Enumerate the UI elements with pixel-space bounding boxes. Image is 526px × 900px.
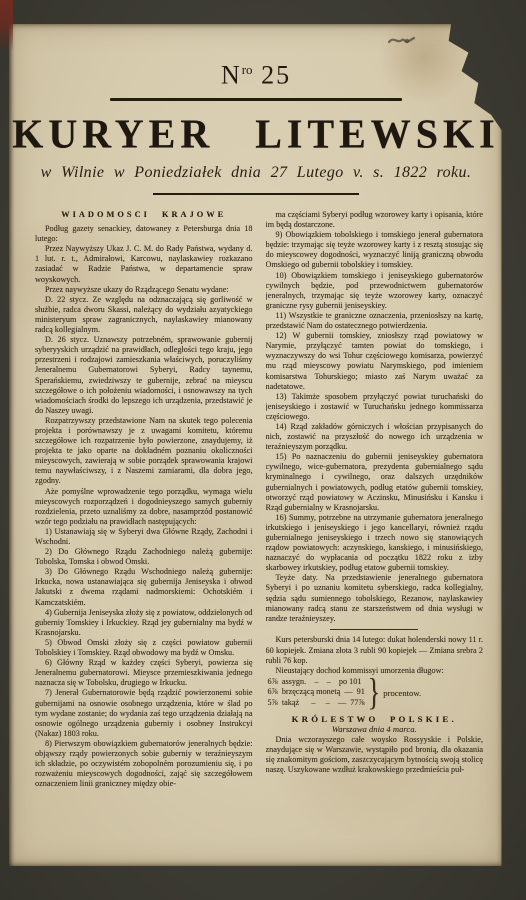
left-column-paragraphs: Podług gazety senackiey, datowaney z Pet… (35, 224, 253, 789)
red-stain (0, 0, 13, 52)
paragraph: Przez Naywyższy Ukaz J. C. M. do Rady Pa… (35, 244, 253, 284)
section-divider (330, 629, 418, 631)
article-columns: WIADOMOSCI KRAJOWE Podług gazety senacki… (35, 210, 483, 860)
brace-glyph: } (368, 674, 380, 712)
rate-unit-label: procentow. (383, 688, 421, 698)
paragraph: 8) Pierwszym obowiązkiem gubernatorów je… (35, 739, 253, 789)
warsaw-dateline: Warszawa dnia 4 marca. (266, 724, 484, 734)
masthead-divider-bottom (153, 193, 359, 195)
rates-table: 6⅞ assygn. – – po 1016⅞ brzęczącą monetą… (268, 677, 484, 709)
paragraph: 2) Do Głównego Rządu Zachodniego należą … (35, 547, 253, 567)
paragraph: 4) Gubernija Jeniseyska złoży się z powi… (35, 608, 253, 638)
paragraph: 7) Jenerał Gubernatorowie będą rządzić p… (35, 688, 253, 738)
newspaper-title: KURYER LITEWSKI (9, 110, 503, 158)
paragraph: 16) Summy, potrzebne na utrzymanie guber… (266, 513, 484, 574)
paragraph: Przez naywyższe ukazy do Rządzącego Sena… (35, 285, 253, 295)
paragraph: Dnia wczorayszego całe woysko Rossyyskie… (266, 735, 484, 775)
paragraph: 3) Do Głównego Rządu Wschodniego należą … (35, 567, 253, 607)
masthead-dateline: w Wilnie w Poniedziałek dnia 27 Lutego v… (9, 163, 503, 183)
paragraph: 15) Po naznaczeniu do gubernii jeniseysk… (266, 452, 484, 513)
issue-prefix: N (221, 61, 242, 90)
paragraph: 14) Rząd zakładów górniczych i włościan … (266, 422, 484, 452)
paragraph: 6) Główny Rząd w każdey części Syberyi, … (35, 658, 253, 688)
paragraph: Teyże daty. Na przedstawienie jeneralneg… (266, 573, 484, 623)
rate-line: 5⅞ takąż – – — 77⅞ (268, 698, 365, 709)
right-column-paragraphs: ma częściami Syberyi podług wzorowey kar… (266, 210, 484, 624)
section-heading-wiadomosci-krajowe: WIADOMOSCI KRAJOWE (35, 210, 253, 220)
paragraph: 13) Takimże sposobem przyłączyć powiat t… (266, 392, 484, 422)
issue-value: 25 (261, 61, 291, 90)
masthead-divider-top (110, 98, 402, 101)
paragraph: 10) Obowiązkiem tomskiego i jeniseyskieg… (266, 271, 484, 311)
rate-line: 6⅞ assygn. – – po 101 (268, 677, 365, 688)
scan-background: Nro 25 KURYER LITEWSKI w Wilnie w Ponied… (0, 0, 526, 900)
section-heading-krolestwo-polskie: KRÓLESTWO POLSKIE. (266, 714, 484, 724)
paragraph: 1) Ustanawiają się w Syberyi dwa Główne … (35, 527, 253, 547)
paragraph: Podług gazety senackiey, datowaney z Pet… (35, 224, 253, 244)
exchange-rate-paragraph: Kurs petersburski dnia 14 lutego: dukat … (266, 635, 484, 665)
paragraph: 5) Obwod Omski złoży się z części powiat… (35, 638, 253, 658)
paragraph: 12) W gubernii tomskiey, zniosłszy rząd … (266, 331, 484, 392)
issue-number: Nro 25 (9, 56, 503, 90)
left-column: WIADOMOSCI KRAJOWE Podług gazety senacki… (35, 210, 253, 860)
paragraph: ma częściami Syberyi podług wzorowey kar… (266, 210, 484, 230)
rate-lines: 6⅞ assygn. – – po 1016⅞ brzęczącą monetą… (268, 677, 365, 709)
masthead: Nro 25 KURYER LITEWSKI w Wilnie w Ponied… (9, 24, 503, 195)
paragraph: Rozpatrzywszy przedstawione Nam na skute… (35, 416, 253, 487)
right-column: ma częściami Syberyi podług wzorowey kar… (266, 210, 484, 860)
paragraph: Aże pomyślne wprowadzenie tego porządku,… (35, 487, 253, 527)
paragraph: 9) Obowiązkiem tobolskiego i tomskiego j… (266, 230, 484, 270)
paragraph: 11) Wszystkie te graniczne oznaczenia, p… (266, 311, 484, 331)
ink-mark (387, 32, 421, 48)
issue-superscript: ro (242, 62, 253, 77)
paragraph: D. 26 stycz. Uznawszy potrzebném, sprawo… (35, 335, 253, 416)
paragraph: D. 22 stycz. Ze względu na odznaczającą … (35, 295, 253, 335)
warsaw-paragraphs: Dnia wczorayszego całe woysko Rossyyskie… (266, 735, 484, 775)
newspaper-page: Nro 25 KURYER LITEWSKI w Wilnie w Ponied… (9, 24, 503, 866)
rate-line: 6⅞ brzęczącą monetą — 91 (268, 687, 365, 698)
